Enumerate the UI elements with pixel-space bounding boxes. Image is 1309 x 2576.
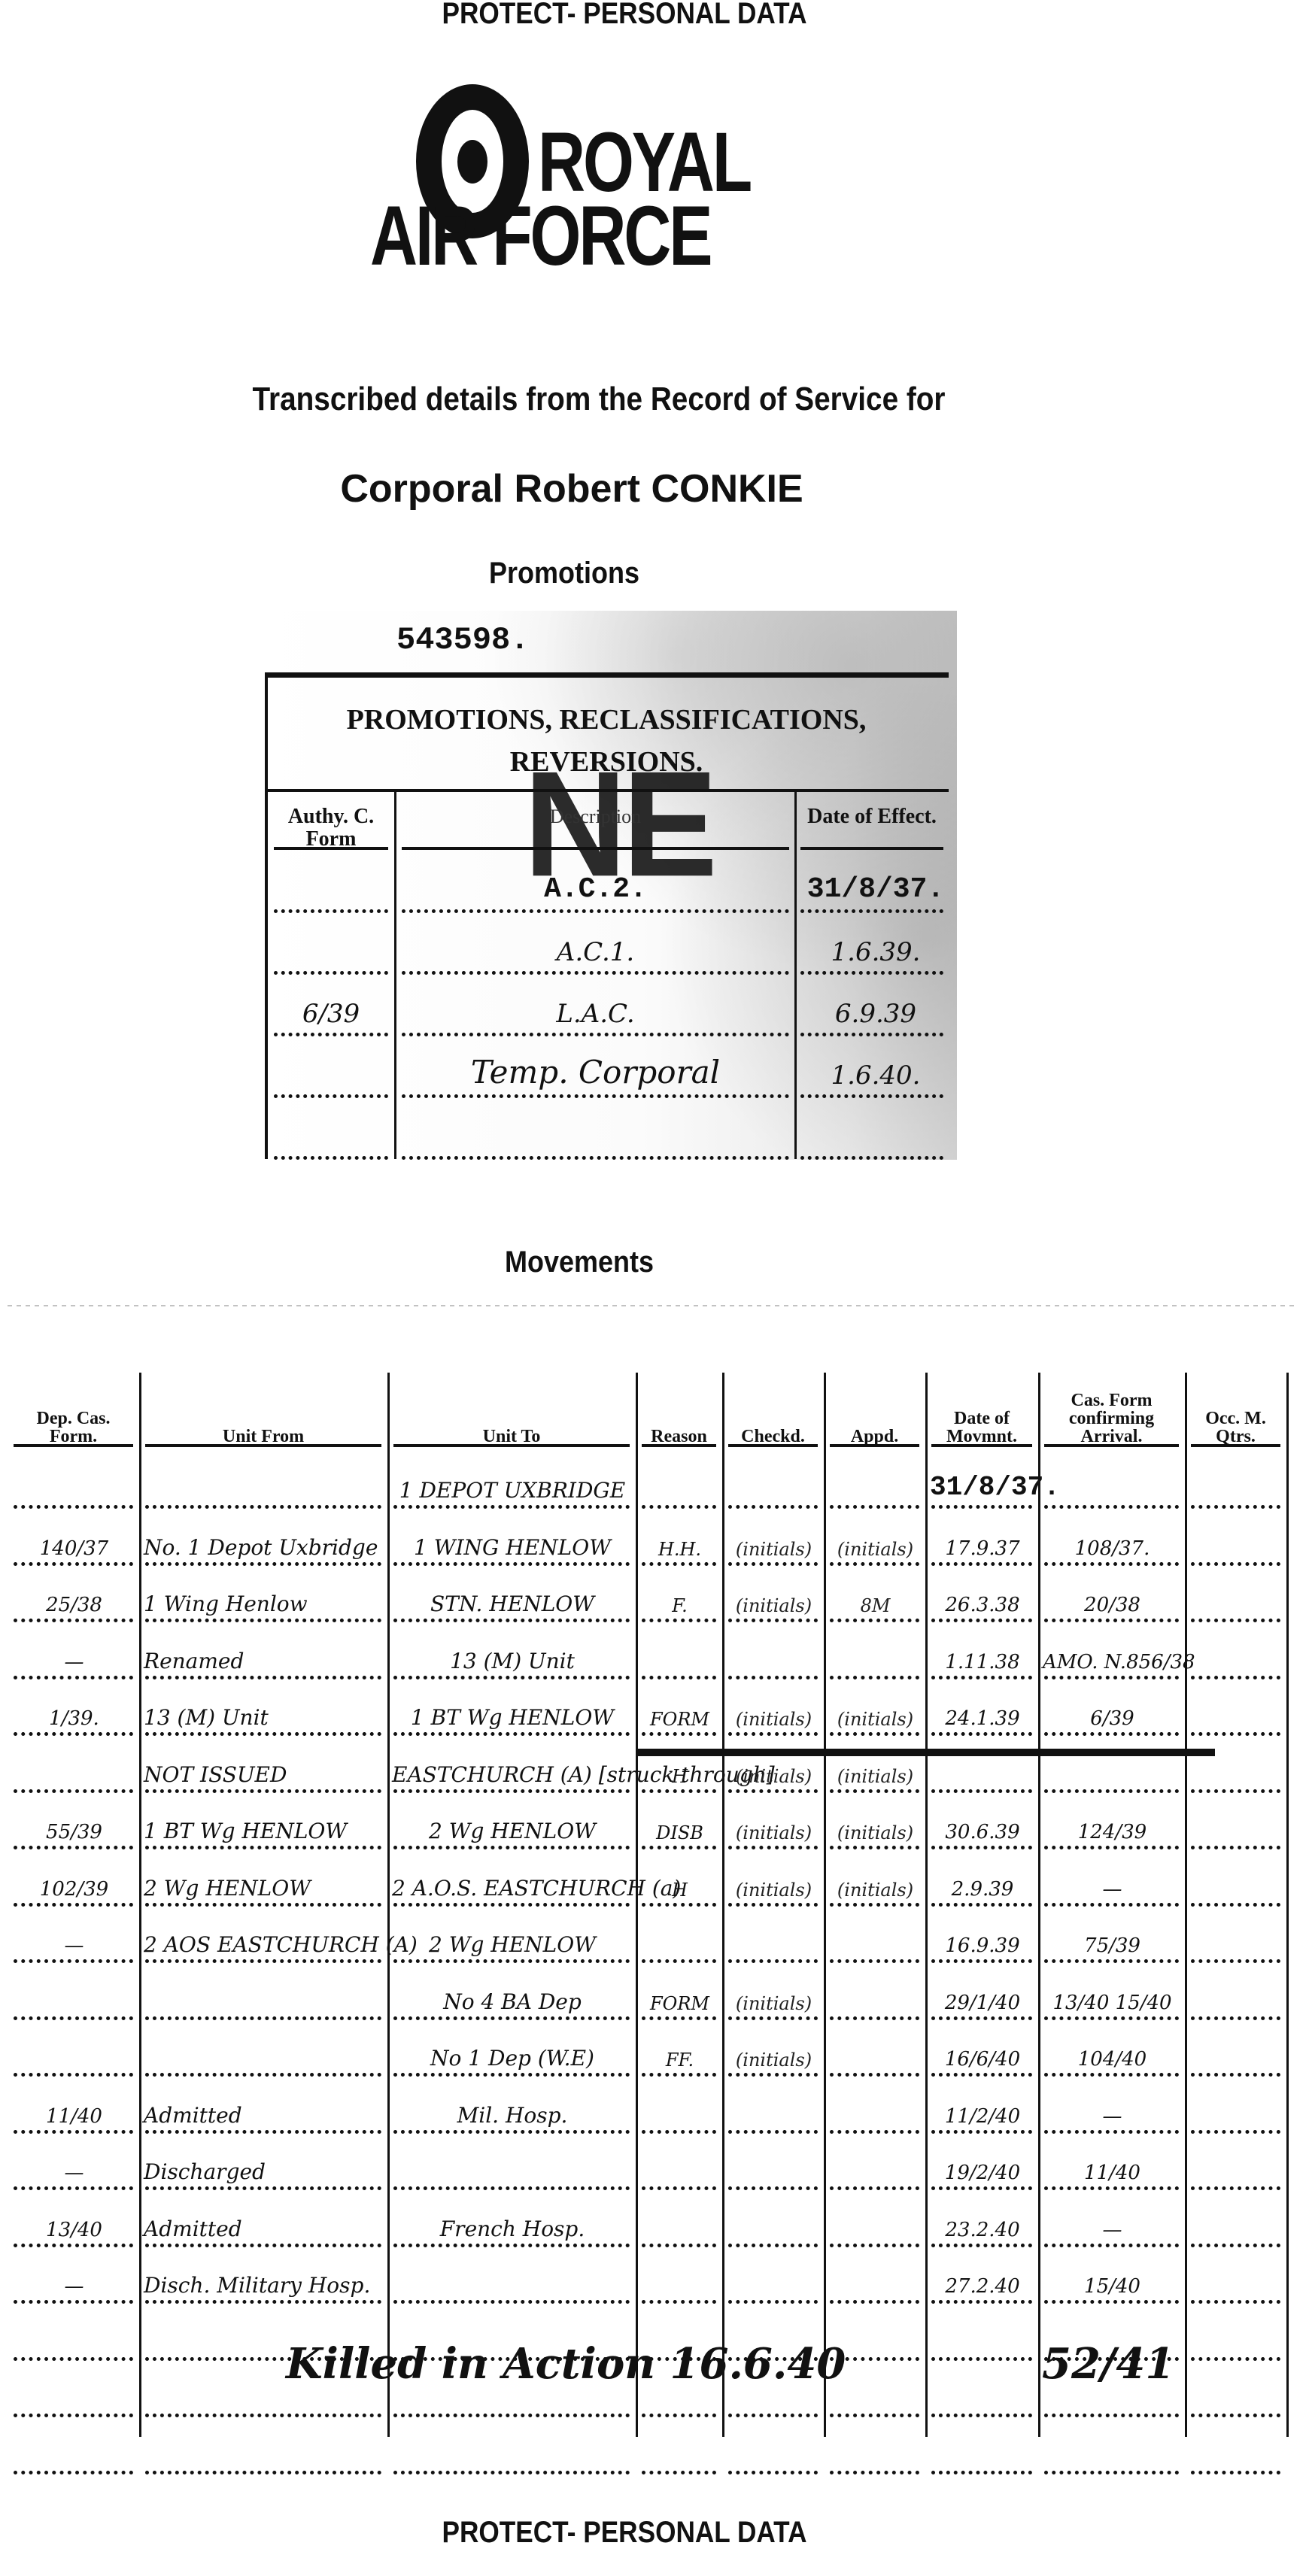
dotted-rule (642, 2471, 716, 2474)
movement-from: No. 1 Depot Uxbridge (144, 1535, 384, 1560)
promotion-description: A.C.1. (396, 937, 794, 967)
column-header: Dep. Cas. Form. (11, 1374, 136, 1446)
promotions-heading: Promotions (0, 557, 1153, 590)
column-header-authy: Authy. C. Form (268, 806, 394, 851)
movement-appd: (initials) (828, 1822, 922, 1843)
movement-row: 1/39.13 (M) Unit1 BT Wg HENLOWFORM(initi… (8, 1679, 1294, 1736)
movement-checkd: (initials) (727, 1595, 821, 1616)
column-header: Unit From (142, 1374, 384, 1446)
movement-arrival: AMO. N.856/38 (1043, 1651, 1182, 1673)
movement-reason: FORM (640, 1993, 719, 2014)
movement-dep: 1/39. (12, 1707, 136, 1730)
movement-date: 17.9.37 (930, 1537, 1035, 1560)
protect-personal-data-banner-top: PROTECT- PERSONAL DATA (48, 0, 1200, 31)
column-header-label: Reason (651, 1428, 707, 1446)
dotted-rule (800, 1156, 943, 1160)
movement-dep: 11/40 (12, 2105, 136, 2128)
divider (145, 1444, 381, 1447)
column-header: Appd. (827, 1374, 922, 1446)
divider (402, 847, 789, 850)
movement-to: 1 BT Wg HENLOW (392, 1705, 633, 1730)
movement-date: 16.9.39 (930, 1934, 1035, 1957)
promotion-row: A.C.2.31/8/37. (268, 854, 949, 913)
movement-dep: — (12, 2275, 136, 2298)
movement-dep: 25/38 (12, 1594, 136, 1616)
movement-row: 13/40AdmittedFrench Hosp.23.2.40— (8, 2190, 1294, 2247)
movement-reason: H (640, 1766, 719, 1787)
divider (642, 1444, 716, 1447)
killed-in-action-entry: Killed in Action 16.6.40 (286, 2339, 846, 2389)
column-header: Date of Movmnt. (928, 1374, 1035, 1446)
movement-date: 27.2.40 (930, 2275, 1035, 2298)
killed-in-action-reference: 52/41 (1042, 2339, 1174, 2389)
column-header-label: Checkd. (741, 1428, 805, 1446)
promotions-form: PROMOTIONS, RECLASSIFICATIONS, REVERSION… (265, 672, 949, 1159)
movement-reason: H (640, 1880, 719, 1901)
column-header: Reason (639, 1374, 719, 1446)
movement-date: 2.9.39 (930, 1878, 1035, 1901)
column-header-date: Date of Effect. (797, 806, 947, 828)
movement-date: 1.11.38 (930, 1651, 1035, 1673)
movement-checkd: (initials) (727, 1709, 821, 1730)
promotions-record-card: 543598. PROMOTIONS, RECLASSIFICATIONS, R… (257, 611, 957, 1160)
dotted-rule (274, 1094, 388, 1098)
movement-row: 25/381 Wing HenlowSTN. HENLOWF.(initials… (8, 1565, 1294, 1622)
promotion-row: A.C.1.1.6.39. (268, 916, 949, 975)
movement-date: 29/1/40 (930, 1992, 1035, 2014)
movement-to: No 1 Dep (W.E) (392, 2046, 633, 2071)
promotion-date: 1.6.39. (797, 937, 955, 967)
movement-dep: — (12, 1651, 136, 1673)
movement-to: Mil. Hosp. (392, 2103, 633, 2128)
movement-from: Disch. Military Hosp. (144, 2273, 384, 2298)
movement-row (8, 2417, 1294, 2474)
movement-from: Renamed (144, 1649, 384, 1673)
dotted-rule (402, 1156, 789, 1160)
movement-arrival: 13/40 15/40 (1043, 1992, 1182, 2014)
movement-row: No 1 Dep (W.E)FF.(initials)16/6/40104/40 (8, 2019, 1294, 2077)
strikethrough-line (636, 1749, 1215, 1756)
movement-from: 1 BT Wg HENLOW (144, 1819, 384, 1843)
column-header-label: Unit From (223, 1428, 304, 1446)
movement-arrival: 75/39 (1043, 1934, 1182, 1957)
movement-checkd: (initials) (727, 1822, 821, 1843)
movement-appd: (initials) (828, 1766, 922, 1787)
promotion-row: 6/39L.A.C.6.9.39 (268, 978, 949, 1036)
dotted-rule (274, 971, 388, 975)
movement-to: 13 (M) Unit (392, 1649, 633, 1673)
divider (728, 1444, 818, 1447)
promotion-date: 1.6.40. (797, 1060, 955, 1091)
service-member-name: Corporal Robert CONKIE (0, 466, 1226, 511)
movement-to: 2 Wg HENLOW (392, 1819, 633, 1843)
movement-date: 26.3.38 (930, 1594, 1035, 1616)
movement-from: 2 Wg HENLOW (144, 1876, 384, 1901)
promotion-description: Temp. Corporal (396, 1054, 794, 1091)
movement-from: Admitted (144, 2103, 384, 2128)
movement-arrival: 6/39 (1043, 1707, 1182, 1730)
divider (830, 1444, 919, 1447)
movement-dep: — (12, 1934, 136, 1957)
column-header-label: Date of Movmnt. (928, 1409, 1035, 1446)
dotted-rule (402, 909, 789, 913)
document-subtitle: Transcribed details from the Record of S… (69, 381, 1128, 418)
movement-row: —2 AOS EASTCHURCH (A)2 Wg HENLOW16.9.397… (8, 1906, 1294, 1963)
movement-dep: 55/39 (12, 1821, 136, 1843)
protect-personal-data-banner-bottom: PROTECT- PERSONAL DATA (48, 2516, 1200, 2550)
movement-dep: 102/39 (12, 1878, 136, 1901)
column-header: Checkd. (725, 1374, 821, 1446)
movement-checkd: (initials) (727, 1993, 821, 2014)
column-header: Cas. Form confirming Arrival. (1041, 1374, 1182, 1446)
column-header-label: Cas. Form confirming Arrival. (1041, 1391, 1182, 1446)
movement-appd: (initials) (828, 1880, 922, 1901)
movement-from: 2 AOS EASTCHURCH (A) (144, 1932, 384, 1957)
promotion-row: Temp. Corporal1.6.40. (268, 1039, 949, 1098)
movement-arrival: — (1043, 2105, 1182, 2128)
movement-arrival: 20/38 (1043, 1594, 1182, 1616)
movement-appd: (initials) (828, 1709, 922, 1730)
divider (1044, 1444, 1179, 1447)
column-header: Occ. M. Qtrs. (1188, 1374, 1283, 1446)
divider (274, 847, 388, 850)
movement-dep: 13/40 (12, 2219, 136, 2241)
movement-to: 1 DEPOT UXBRIDGE (392, 1478, 633, 1503)
movement-reason: FORM (640, 1709, 719, 1730)
movement-row: 102/392 Wg HENLOW2 A.O.S. EASTCHURCH (a)… (8, 1849, 1294, 1907)
movement-from: NOT ISSUED (144, 1762, 384, 1787)
dotted-rule (1044, 2471, 1179, 2474)
movement-arrival: 11/40 (1043, 2162, 1182, 2184)
divider (268, 789, 949, 792)
movement-dep: 140/37 (12, 1537, 136, 1560)
promotion-date: 31/8/37. (797, 873, 955, 906)
divider (8, 1305, 1294, 1306)
divider (393, 1444, 630, 1447)
movement-checkd: (initials) (727, 1766, 821, 1787)
divider (800, 847, 943, 850)
dotted-rule (800, 909, 943, 913)
movement-from: 1 Wing Henlow (144, 1591, 384, 1616)
movement-row: No 4 BA DepFORM(initials)29/1/4013/40 15… (8, 1963, 1294, 2020)
dotted-rule (393, 2471, 630, 2474)
movements-table: Dep. Cas. Form.Unit FromUnit ToReasonChe… (8, 1305, 1294, 2456)
column-header-description: Description (396, 806, 794, 828)
movement-reason: FF. (640, 2050, 719, 2071)
movement-row: 140/37No. 1 Depot Uxbridge1 WING HENLOWH… (8, 1509, 1294, 1566)
movement-arrival: 15/40 (1043, 2275, 1182, 2298)
movement-row: 1 DEPOT UXBRIDGE31/8/37. (8, 1452, 1294, 1509)
dotted-rule (728, 2471, 818, 2474)
dotted-rule (274, 1156, 388, 1160)
promotion-description: L.A.C. (396, 999, 794, 1029)
divider (1191, 1444, 1280, 1447)
movement-from: Admitted (144, 2216, 384, 2241)
movement-arrival: — (1043, 1878, 1182, 1901)
promotion-description: A.C.2. (396, 873, 794, 906)
column-header-label: Occ. M. Qtrs. (1188, 1409, 1283, 1446)
movement-date: 30.6.39 (930, 1821, 1035, 1843)
movement-row: 55/391 BT Wg HENLOW2 Wg HENLOWDISB(initi… (8, 1792, 1294, 1849)
promotion-row (268, 1101, 949, 1160)
movement-checkd: (initials) (727, 1539, 821, 1560)
movement-to: 2 Wg HENLOW (392, 1932, 633, 1957)
logo-air-force-text: AIR FORCE (370, 194, 710, 278)
movement-checkd: (initials) (727, 2050, 821, 2071)
dotted-rule (1191, 2471, 1280, 2474)
service-number: 543598. (396, 622, 529, 658)
movement-date: 16/6/40 (930, 2048, 1035, 2071)
movement-row: —Disch. Military Hosp.27.2.4015/40 (8, 2247, 1294, 2304)
movement-to: STN. HENLOW (392, 1591, 633, 1616)
movement-to: No 4 BA Dep (392, 1989, 633, 2014)
form-title-line-1: PROMOTIONS, RECLASSIFICATIONS, (268, 699, 945, 741)
movement-row: —Renamed13 (M) Unit1.11.38AMO. N.856/38 (8, 1622, 1294, 1679)
movement-row: —Discharged19/2/4011/40 (8, 2133, 1294, 2190)
divider (14, 1444, 133, 1447)
movement-to: French Hosp. (392, 2216, 633, 2241)
dotted-rule (274, 1033, 388, 1036)
movement-reason: DISB (640, 1822, 719, 1843)
dotted-rule (800, 971, 943, 975)
promotion-date: 6.9.39 (797, 999, 955, 1029)
movement-from: Discharged (144, 2159, 384, 2184)
dotted-rule (274, 909, 388, 913)
movement-dep: — (12, 2162, 136, 2184)
movements-heading: Movements (0, 1246, 1168, 1279)
movement-date: 31/8/37. (930, 1472, 1035, 1503)
promotion-authority: 6/39 (268, 999, 394, 1029)
movement-to: 2 A.O.S. EASTCHURCH (a) (392, 1876, 633, 1901)
movement-to: EASTCHURCH (A) [struck through] (392, 1762, 633, 1787)
movement-reason: H.H. (640, 1539, 719, 1560)
dotted-rule (402, 1094, 789, 1098)
movement-row: 11/40AdmittedMil. Hosp.11/2/40— (8, 2077, 1294, 2134)
column-header-label: Appd. (851, 1428, 898, 1446)
divider (931, 1444, 1032, 1447)
dotted-rule (800, 1033, 943, 1036)
movement-appd: 8M (828, 1595, 922, 1616)
movement-date: 11/2/40 (930, 2105, 1035, 2128)
movement-reason: F. (640, 1595, 719, 1616)
movement-row: NOT ISSUEDEASTCHURCH (A) [struck through… (8, 1736, 1294, 1793)
dotted-rule (830, 2471, 919, 2474)
movement-date: 23.2.40 (930, 2219, 1035, 2241)
column-header: Unit To (390, 1374, 633, 1446)
movement-arrival: 104/40 (1043, 2048, 1182, 2071)
dotted-rule (402, 971, 789, 975)
dotted-rule (931, 2471, 1032, 2474)
dotted-rule (145, 2471, 381, 2474)
movement-arrival: 108/37. (1043, 1537, 1182, 1560)
dotted-rule (800, 1094, 943, 1098)
column-header-label: Unit To (483, 1428, 541, 1446)
movement-to: 1 WING HENLOW (392, 1535, 633, 1560)
dotted-rule (14, 2471, 133, 2474)
movement-arrival: — (1043, 2219, 1182, 2241)
column-header-label: Dep. Cas. Form. (11, 1409, 136, 1446)
dotted-rule (402, 1033, 789, 1036)
movement-arrival: 124/39 (1043, 1821, 1182, 1843)
movement-from: 13 (M) Unit (144, 1705, 384, 1730)
movement-checkd: (initials) (727, 1880, 821, 1901)
movement-date: 19/2/40 (930, 2162, 1035, 2184)
movement-date: 24.1.39 (930, 1707, 1035, 1730)
movement-appd: (initials) (828, 1539, 922, 1560)
